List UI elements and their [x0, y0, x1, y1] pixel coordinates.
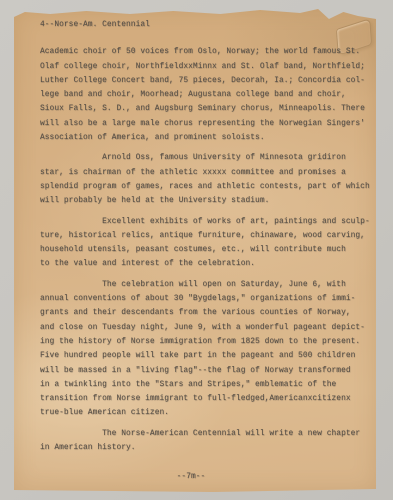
typed-line: Excellent exhibits of works of art, pain… — [40, 215, 370, 229]
typed-line: Olaf college choir, NorthfieldxxMinnx an… — [40, 60, 370, 74]
typed-content: 4--Norse-Am. Centennial Academic choir o… — [40, 18, 370, 485]
typed-line: Luther College Concert band, 75 pieces, … — [40, 74, 370, 88]
typed-line: ing the history of Norse immigration fro… — [40, 335, 370, 349]
page-header-slug: 4--Norse-Am. Centennial — [40, 18, 370, 32]
typed-line: Academic choir of 50 voices from Oslo, N… — [40, 45, 370, 59]
paragraph-exhibits: Excellent exhibits of works of art, pain… — [40, 215, 370, 272]
typed-line: Arnold Oss, famous University of Minneso… — [40, 151, 370, 165]
typed-line: grants and their descendants from the va… — [40, 306, 370, 320]
typed-line: true-blue American citizen. — [40, 406, 370, 420]
page-end-mark: --7m-- — [26, 470, 356, 484]
typed-line: will probably be held at the University … — [40, 194, 370, 208]
typed-line: transition from Norse immigrant to full-… — [40, 392, 370, 406]
paragraph-closing: The Norse-American Centennial will write… — [40, 427, 370, 456]
typed-line: will also be a large male chorus represe… — [40, 117, 370, 131]
typed-line: in a twinkling into the "Stars and Strip… — [40, 378, 370, 392]
typed-line: lege band and choir, Moorhead; Augustana… — [40, 88, 370, 102]
typed-line: The celebration will open on Saturday, J… — [40, 278, 370, 292]
typed-line: and close on Tuesday night, June 9, with… — [40, 321, 370, 335]
typed-line: ture, historical relics, antique furnitu… — [40, 229, 370, 243]
paragraph-athletics: Arnold Oss, famous University of Minneso… — [40, 151, 370, 208]
typed-line: in American history. — [40, 441, 370, 455]
paragraph-celebration-schedule: The celebration will open on Saturday, J… — [40, 278, 370, 421]
typed-line: Five hundred people will take part in th… — [40, 349, 370, 363]
typed-line: to the value and interest of the celebra… — [40, 257, 370, 271]
typed-line: Association of America, and prominent so… — [40, 131, 370, 145]
typewritten-page: 4--Norse-Am. Centennial Academic choir o… — [14, 8, 376, 492]
typed-line: annual conventions of about 30 "Bygdelag… — [40, 292, 370, 306]
typed-line: household utensils, peasant costumes, et… — [40, 243, 370, 257]
typed-line: Sioux Falls, S. D., and Augsburg Seminar… — [40, 102, 370, 116]
typed-line: The Norse-American Centennial will write… — [40, 427, 370, 441]
typed-line: star, is chairman of the athletic xxxxx … — [40, 166, 370, 180]
typed-line: will be massed in a "living flag"--the f… — [40, 364, 370, 378]
typed-line: splendid program of games, races and ath… — [40, 180, 370, 194]
paragraph-choirs: Academic choir of 50 voices from Oslo, N… — [40, 45, 370, 145]
